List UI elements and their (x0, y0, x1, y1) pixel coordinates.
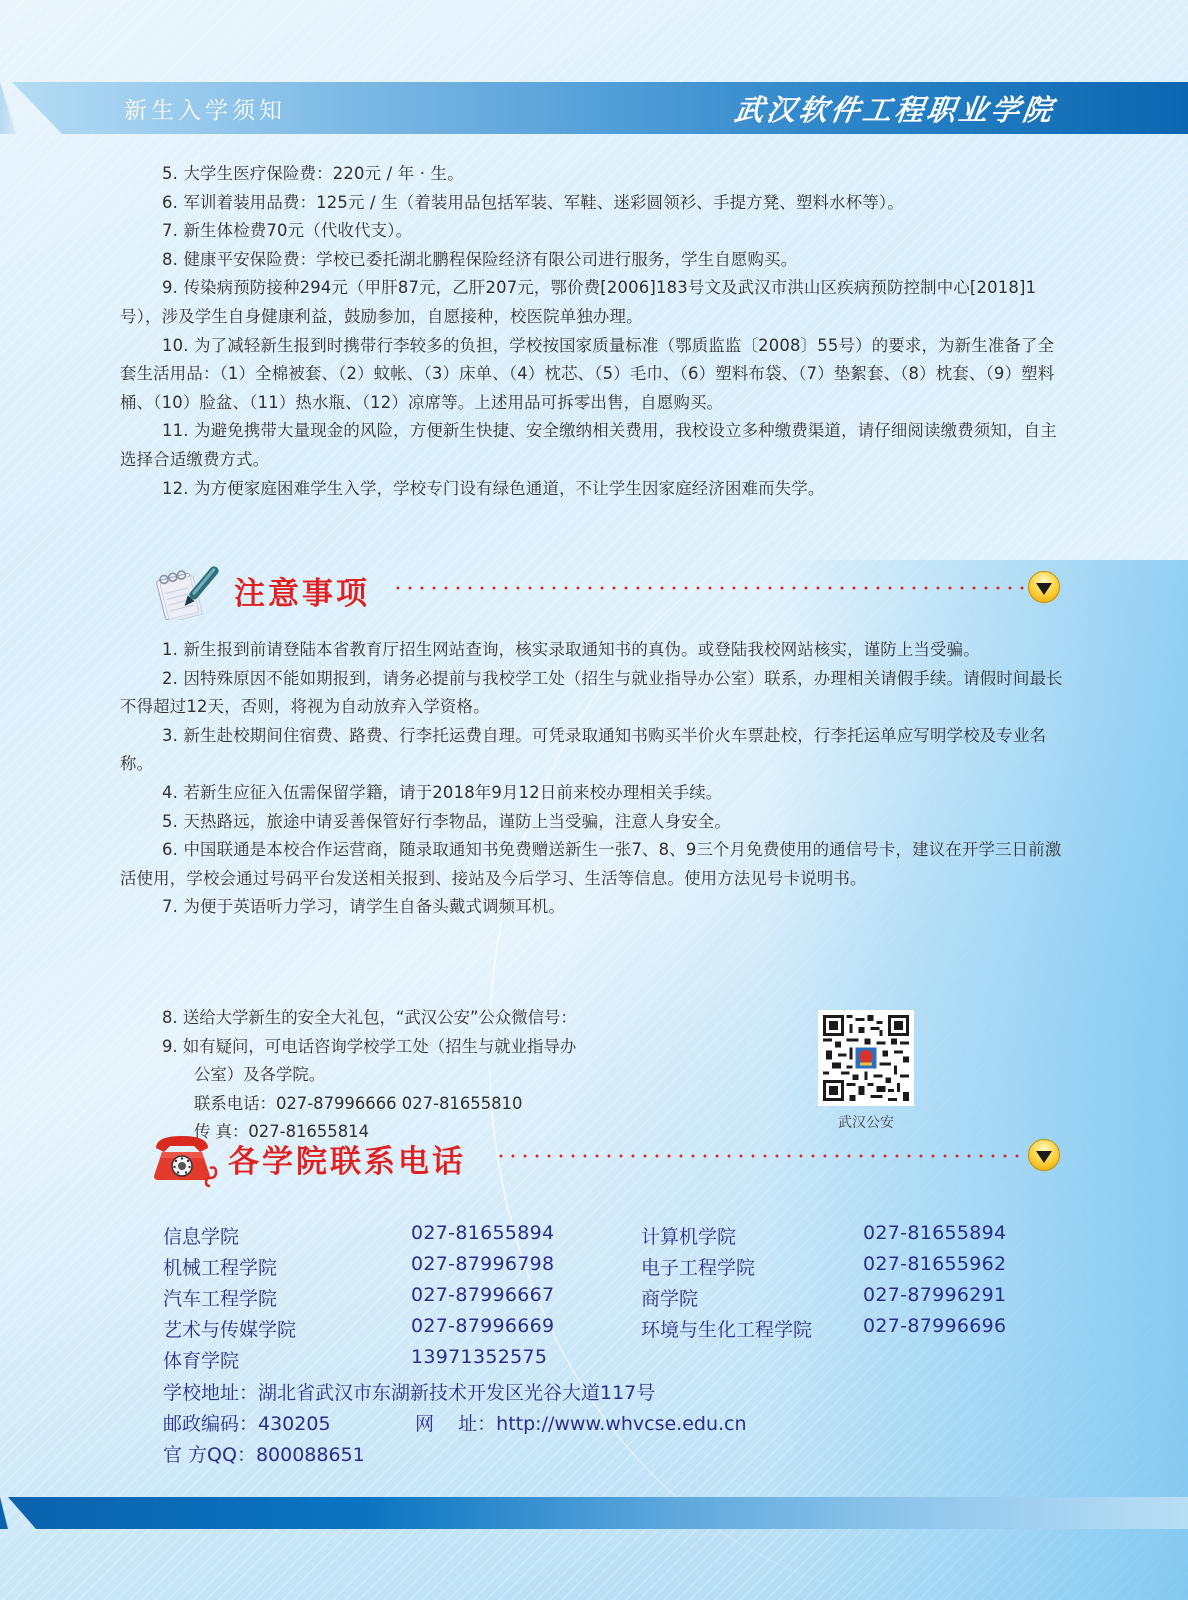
footer-corner-decoration (0, 1497, 8, 1529)
chevron-down-icon (1036, 583, 1052, 595)
website-link[interactable]: http://www.whvcse.edu.cn (496, 1413, 746, 1435)
dotted-divider (392, 586, 1024, 590)
footer-bar (8, 1497, 1188, 1529)
dept-phone: 027-81655894 (411, 1222, 554, 1244)
notice-item: 4. 若新生应征入伍需保留学籍，请于2018年9月12日前来校办理相关手续。 (120, 779, 1065, 808)
page-title: 新生入学须知 (124, 92, 286, 125)
school-name-calligraphy: 武汉软件工程职业学院 (732, 88, 1058, 129)
header-band: 新生入学须知 武汉软件工程职业学院 (0, 82, 1188, 134)
fee-item: 10. 为了减轻新生报到时携带行李较多的负担，学校按国家质量标准（鄂质监监〔20… (120, 332, 1065, 418)
dept-phone: 027-87996667 (411, 1284, 554, 1306)
fee-item: 8. 健康平安保险费：学校已委托湖北鹏程保险经济有限公司进行服务，学生自愿购买。 (120, 246, 1065, 275)
dept-name: 环境与生化工程学院 (641, 1315, 812, 1342)
dept-name: 电子工程学院 (641, 1253, 755, 1280)
telephone-icon (150, 1128, 226, 1188)
dept-name: 艺术与传媒学院 (163, 1315, 296, 1342)
contact-phone: 联系电话：027-87996666 027-81655810 (162, 1090, 682, 1119)
notepad-pen-icon (150, 560, 226, 620)
dept-name: 计算机学院 (641, 1222, 736, 1249)
dept-section-header: 各学院联系电话 (150, 1128, 1060, 1188)
chevron-down-icon (1036, 1151, 1052, 1163)
dept-phone: 027-87996696 (863, 1315, 1006, 1337)
section-title-dept-phones: 各学院联系电话 (228, 1136, 466, 1181)
fee-item: 11. 为避免携带大量现金的风险，方便新生快捷、安全缴纳相关费用，我校设立多种缴… (120, 417, 1065, 474)
postcode: 邮政编码：430205 (163, 1409, 331, 1436)
dept-name: 商学院 (641, 1284, 698, 1311)
notice-item-8: 8. 送给大学新生的安全大礼包，“武汉公安”公众微信号： (162, 1004, 682, 1033)
notice-item-9-cont: 公室）及各学院。 (162, 1061, 682, 1090)
section-title-notice: 注意事项 (234, 568, 370, 613)
notice-item-9: 9. 如有疑问，可电话咨询学校学工处（招生与就业指导办 (162, 1033, 682, 1062)
fee-item: 5. 大学生医疗保险费：220元 / 年 · 生。 (120, 160, 1065, 189)
official-qq: 官 方QQ：800088651 (163, 1440, 365, 1467)
dept-phone: 027-81655894 (863, 1222, 1006, 1244)
dept-phone: 027-87996669 (411, 1315, 554, 1337)
notice-item: 5. 天热路远，旅途中请妥善保管好行李物品，谨防上当受骗，注意人身安全。 (120, 808, 1065, 837)
website-label: 网 址： (415, 1413, 496, 1435)
fees-list: 5. 大学生医疗保险费：220元 / 年 · 生。 6. 军训着装用品费：125… (120, 160, 1065, 503)
qr-code-icon (823, 1015, 909, 1101)
notice-item: 2. 因特殊原因不能如期报到，请务必提前与我校学工处（招生与就业指导办公室）联系… (120, 665, 1065, 722)
expand-down-button[interactable] (1028, 571, 1060, 603)
fee-item: 9. 传染病预防接种294元（甲肝87元，乙肝207元，鄂价费[2006]183… (120, 274, 1065, 331)
dept-name: 体育学院 (163, 1346, 239, 1373)
school-address: 学校地址：湖北省武汉市东湖新技术开发区光谷大道117号 (163, 1378, 655, 1405)
notice-item: 7. 为便于英语听力学习，请学生自备头戴式调频耳机。 (120, 893, 1065, 922)
dept-phone: 13971352575 (411, 1346, 547, 1368)
dotted-divider (495, 1154, 1024, 1158)
notice-item: 1. 新生报到前请登陆本省教育厅招生网站查询，核实录取通知书的真伪。或登陆我校网… (120, 636, 1065, 665)
wechat-qr-code[interactable] (818, 1010, 914, 1106)
header-corner-decoration (0, 82, 16, 134)
fee-item: 6. 军训着装用品费：125元 / 生（着装用品包括军装、军鞋、迷彩圆领衫、手提… (120, 189, 1065, 218)
notice-item: 6. 中国联通是本校合作运营商，随录取通知书免费赠送新生一张7、8、9三个月免费… (120, 836, 1065, 893)
notice-item: 3. 新生赴校期间住宿费、路费、行李托运费自理。可凭录取通知书购买半价火车票赴校… (120, 722, 1065, 779)
dept-phone: 027-87996798 (411, 1253, 554, 1275)
fee-item: 12. 为方便家庭困难学生入学，学校专门设有绿色通道，不让学生因家庭经济困难而失… (120, 475, 1065, 504)
footer-band (0, 1497, 1188, 1529)
notice-list: 1. 新生报到前请登陆本省教育厅招生网站查询，核实录取通知书的真伪。或登陆我校网… (120, 636, 1065, 922)
dept-name: 汽车工程学院 (163, 1284, 277, 1311)
website-row: 网 址：http://www.whvcse.edu.cn (415, 1409, 747, 1436)
notice-section-header: 注意事项 (150, 560, 1060, 620)
fee-item: 7. 新生体检费70元（代收代支）。 (120, 217, 1065, 246)
dept-name: 信息学院 (163, 1222, 239, 1249)
expand-down-button[interactable] (1028, 1139, 1060, 1171)
dept-phone: 027-81655962 (863, 1253, 1006, 1275)
dept-name: 机械工程学院 (163, 1253, 277, 1280)
dept-phone: 027-87996291 (863, 1284, 1006, 1306)
contact-info: 8. 送给大学新生的安全大礼包，“武汉公安”公众微信号： 9. 如有疑问，可电话… (162, 1004, 682, 1147)
